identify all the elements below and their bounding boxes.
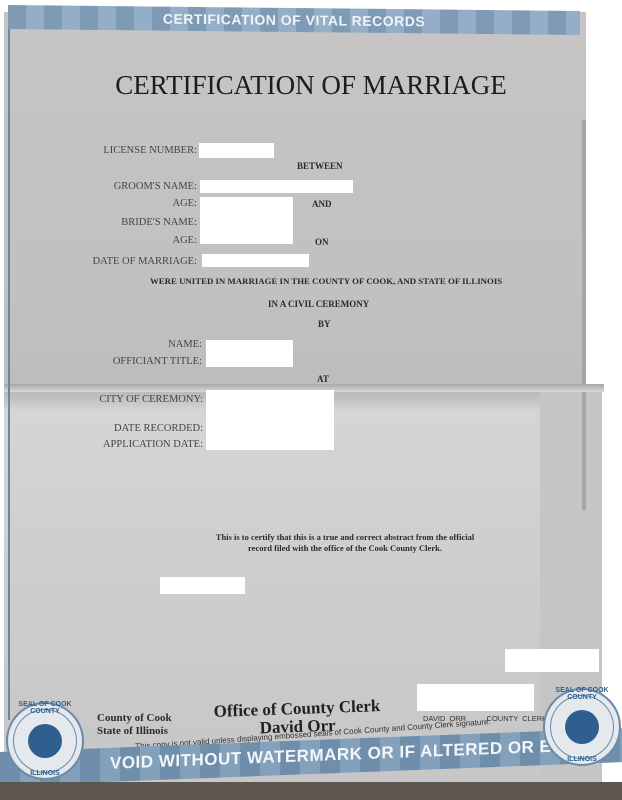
and-text: AND: [312, 199, 332, 209]
between-text: BETWEEN: [297, 161, 343, 171]
by-text: BY: [318, 319, 331, 329]
county-block: County of Cook State of Illinois: [97, 712, 172, 738]
seal-right-icon: SEAL OF COOK COUNTY ILLINOIS: [543, 688, 621, 766]
bride-age-label: AGE:: [0, 235, 197, 246]
table-surface: [0, 782, 622, 800]
application-date-label: APPLICATION DATE:: [3, 439, 203, 450]
signature-title: COUNTY CLERK: [487, 714, 548, 723]
seal-left-icon: SEAL OF COOK COUNTY ILLINOIS: [6, 702, 84, 780]
redacted-city-dates: [206, 390, 334, 450]
document-title: CERTIFICATION OF MARRIAGE: [0, 70, 622, 101]
date-recorded-label: DATE RECORDED:: [3, 423, 203, 434]
redacted-margin: [604, 512, 622, 622]
top-banner-text: CERTIFICATION OF VITAL RECORDS: [8, 9, 580, 31]
certify-line-1: This is to certify that this is a true a…: [200, 532, 490, 543]
grooms-name-label: GROOM'S NAME:: [0, 181, 197, 192]
redacted-block: [505, 649, 599, 672]
officiant-name-label: NAME:: [2, 339, 202, 350]
on-text: ON: [315, 237, 329, 247]
certification-statement: This is to certify that this is a true a…: [200, 532, 490, 554]
redacted-signature: [417, 684, 534, 711]
brides-name-label: BRIDE'S NAME:: [0, 217, 197, 228]
ceremony-type: IN A CIVIL CEREMONY: [268, 299, 369, 309]
city-of-ceremony-label: CITY OF CEREMONY:: [3, 394, 203, 405]
redacted-age-bride: [200, 197, 293, 244]
county-line-1: County of Cook: [97, 712, 172, 725]
certify-line-2: record filed with the office of the Cook…: [200, 543, 490, 554]
seal-emblem-icon: [565, 710, 599, 744]
license-number-label: LICENSE NUMBER:: [0, 145, 197, 156]
county-line-2: State of Illinois: [97, 725, 172, 738]
redacted-stamp: [160, 577, 245, 594]
paper-edge: [582, 120, 586, 510]
officiant-title-label: OFFICIANT TITLE:: [2, 356, 202, 367]
at-text: AT: [317, 374, 329, 384]
redacted-officiant: [206, 340, 293, 367]
groom-age-label: AGE:: [0, 198, 197, 209]
redacted-date-of-marriage: [202, 254, 309, 267]
border-line: [8, 20, 10, 720]
date-of-marriage-label: DATE OF MARRIAGE:: [0, 256, 197, 267]
seal-emblem-icon: [28, 724, 62, 758]
redacted-license-number: [199, 143, 274, 158]
united-statement: WERE UNITED IN MARRIAGE IN THE COUNTY OF…: [150, 276, 502, 286]
redacted-grooms-name: [200, 180, 353, 193]
